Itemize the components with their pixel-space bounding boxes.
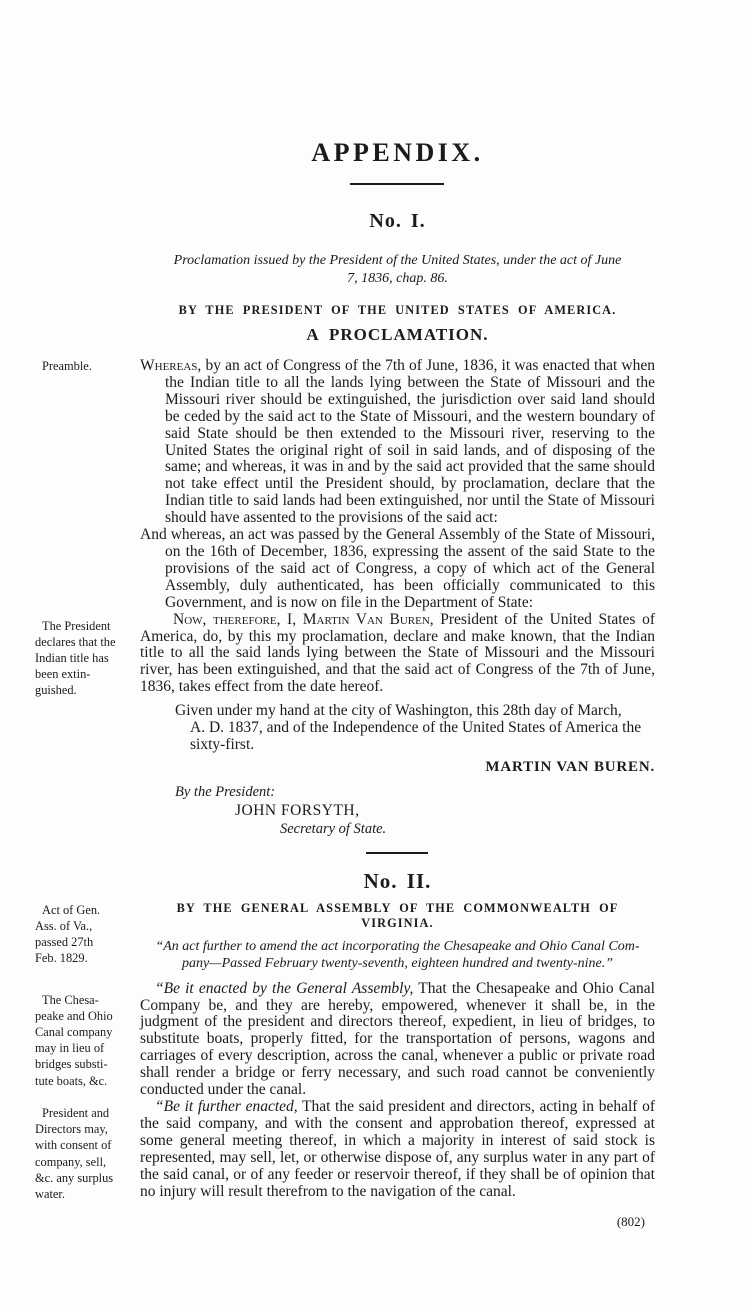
margin-note-declaration: The President declares that the Indian t…: [35, 612, 140, 754]
whereas1-rest: , by an act of Congress of the 7th of Ju…: [165, 357, 655, 526]
declaration-lead: Now, therefore, I, Martin Van Buren,: [173, 611, 434, 628]
page-number: (802): [140, 1214, 655, 1230]
section-no-2: No. II. Act of Gen. Ass. of Va., passed …: [35, 869, 710, 1203]
enacted1-lead: “Be it enacted by the General Assembly,: [155, 980, 413, 997]
section1-subheading: BY THE PRESIDENT OF THE UNITED STATES OF…: [140, 303, 655, 318]
row-declaration: The President declares that the Indian t…: [35, 612, 710, 754]
section2-subheading: BY THE GENERAL ASSEMBLY OF THE COMMONWEA…: [140, 901, 655, 931]
paragraph-whereas-1: Whereas, by an act of Congress of the 7t…: [140, 358, 655, 527]
row-boats: The Chesa- peake and Ohio Canal company …: [35, 973, 710, 1099]
page-content: APPENDIX. No. I. Proclamation issued by …: [0, 0, 750, 1230]
margin-note-boats: The Chesa- peake and Ohio Canal company …: [35, 973, 140, 1099]
paragraph-whereas-2: And whereas, an act was passed by the Ge…: [140, 527, 655, 612]
section2-heading: No. II.: [140, 869, 655, 893]
main-column: BY THE GENERAL ASSEMBLY OF THE COMMONWEA…: [140, 893, 655, 973]
row-water: President and Directors may, with consen…: [35, 1099, 710, 1202]
paragraph-enacted-1: “Be it enacted by the General Assembly, …: [140, 981, 655, 1099]
paragraph-testimonium: Given under my hand at the city of Washi…: [140, 702, 655, 753]
page-title: APPENDIX.: [140, 138, 655, 168]
whereas1-lead: Whereas: [140, 357, 197, 374]
attestation-name: JOHN FORSYTH,: [235, 802, 710, 820]
margin-note-preamble: Preamble.: [35, 358, 140, 612]
main-column: “Be it further enacted, That the said pr…: [140, 1099, 655, 1202]
document-page: APPENDIX. No. I. Proclamation issued by …: [0, 0, 750, 1306]
main-column: “Be it enacted by the General Assembly, …: [140, 973, 655, 1099]
section-divider-rule: [366, 852, 428, 854]
attestation-by-line: By the President:: [175, 784, 710, 801]
title-divider-rule: [350, 183, 444, 185]
enacted2-lead: “Be it further enacted,: [155, 1098, 298, 1115]
section1-heading: No. I.: [140, 209, 655, 233]
row-whereas: Preamble. Whereas, by an act of Congress…: [35, 358, 710, 612]
main-column: Now, therefore, I, Martin Van Buren, Pre…: [140, 612, 655, 754]
attestation-title: Secretary of State.: [280, 821, 710, 838]
signature-van-buren: MARTIN VAN BUREN.: [140, 759, 655, 776]
main-column: Whereas, by an act of Congress of the 7t…: [140, 358, 655, 612]
paragraph-enacted-2: “Be it further enacted, That the said pr…: [140, 1099, 655, 1200]
paragraph-declaration: Now, therefore, I, Martin Van Buren, Pre…: [140, 612, 655, 697]
section1-caption: Proclamation issued by the President of …: [140, 252, 655, 287]
proclamation-title: A PROCLAMATION.: [140, 325, 655, 345]
margin-note-water: President and Directors may, with consen…: [35, 1099, 140, 1202]
section2-caption: “An act further to amend the act incorpo…: [140, 938, 655, 973]
margin-note-act: Act of Gen. Ass. of Va., passed 27th Feb…: [35, 893, 140, 973]
section-no-1: No. I. Proclamation issued by the Presid…: [35, 209, 710, 838]
enacted1-rest: That the Chesapeake and Ohio Canal Compa…: [140, 980, 655, 1098]
row-act-header: Act of Gen. Ass. of Va., passed 27th Feb…: [35, 893, 710, 973]
